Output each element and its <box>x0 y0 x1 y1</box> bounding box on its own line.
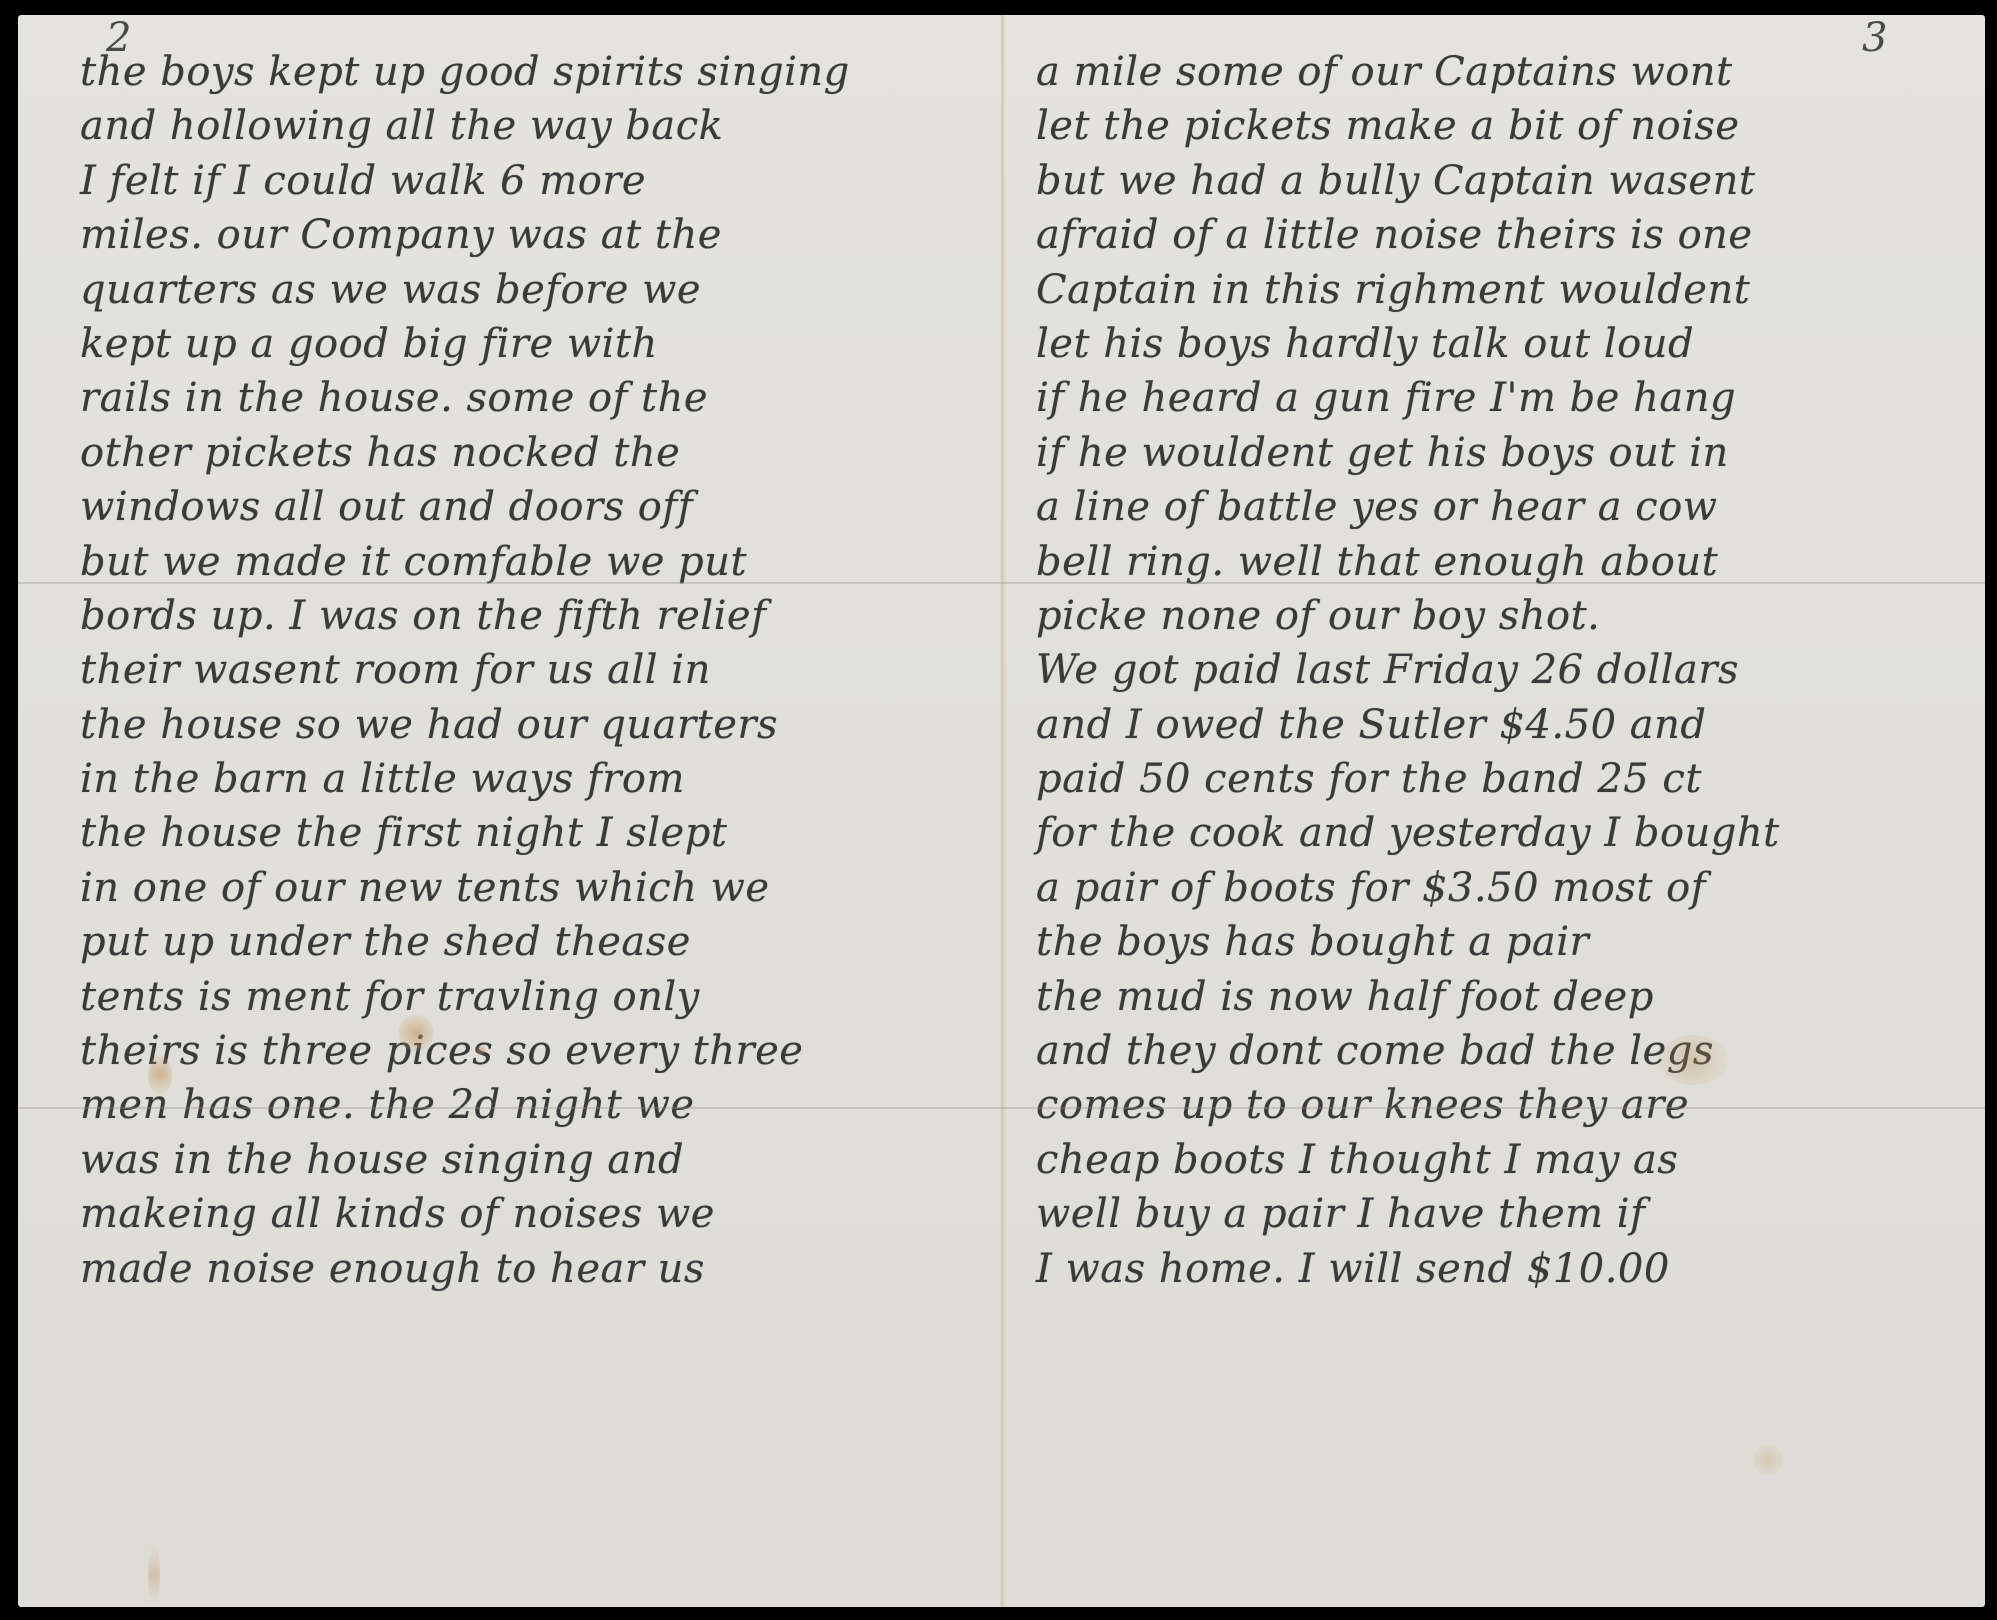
text-line: men has one. the 2d night we <box>80 1078 982 1132</box>
text-line: quarters as we was before we <box>80 263 982 317</box>
text-line: bell ring. well that enough about <box>1036 535 1965 589</box>
text-line: and hollowing all the way back <box>80 99 982 153</box>
text-line: let his boys hardly talk out loud <box>1036 317 1965 371</box>
text-line: the boys kept up good spirits singing <box>80 45 982 99</box>
stain <box>398 1015 434 1051</box>
text-line: let the pickets make a bit of noise <box>1036 99 1965 153</box>
text-line: but we had a bully Captain wasent <box>1036 154 1965 208</box>
left-page: 2 the boys kept up good spirits singing … <box>18 15 1002 1607</box>
text-line: picke none of our boy shot. <box>1036 589 1965 643</box>
text-line: a mile some of our Captains wont <box>1036 45 1965 99</box>
stain <box>1658 1035 1728 1085</box>
text-line: if he heard a gun fire I'm be hang <box>1036 371 1965 425</box>
text-line: the house the first night I slept <box>80 806 982 860</box>
text-line: was in the house singing and <box>80 1133 982 1187</box>
letter-sheet: 2 the boys kept up good spirits singing … <box>18 15 1985 1607</box>
center-fold <box>1000 15 1006 1607</box>
text-line: tents is ment for travling only <box>80 970 982 1024</box>
right-page: 3 a mile some of our Captains wont let t… <box>1002 15 1985 1607</box>
text-line: paid 50 cents for the band 25 ct <box>1036 752 1965 806</box>
text-line: a pair of boots for $3.50 most of <box>1036 861 1965 915</box>
text-line: comes up to our knees they are <box>1036 1078 1965 1132</box>
text-line: and I owed the Sutler $4.50 and <box>1036 698 1965 752</box>
horizontal-fold <box>18 582 1985 584</box>
text-line: made noise enough to hear us <box>80 1242 982 1296</box>
stain <box>148 1545 160 1605</box>
text-line: miles. our Company was at the <box>80 208 982 262</box>
text-line: for the cook and yesterday I bought <box>1036 806 1965 860</box>
text-line: cheap boots I thought I may as <box>1036 1133 1965 1187</box>
text-line: well buy a pair I have them if <box>1036 1187 1965 1241</box>
text-line: kept up a good big fire with <box>80 317 982 371</box>
text-line: their wasent room for us all in <box>80 643 982 697</box>
stain <box>1753 1445 1783 1475</box>
text-line: theirs is three pices so every three <box>80 1024 982 1078</box>
stain <box>148 1055 172 1095</box>
text-line: other pickets has nocked the <box>80 426 982 480</box>
text-line: if he wouldent get his boys out in <box>1036 426 1965 480</box>
text-line: bords up. I was on the fifth relief <box>80 589 982 643</box>
text-line: in the barn a little ways from <box>80 752 982 806</box>
horizontal-fold <box>18 1107 1985 1109</box>
text-line: afraid of a little noise theirs is one <box>1036 208 1965 262</box>
text-line: but we made it comfable we put <box>80 535 982 589</box>
text-line: put up under the shed thease <box>80 915 982 969</box>
text-line: the boys has bought a pair <box>1036 915 1965 969</box>
text-line: I was home. I will send $10.00 <box>1036 1242 1965 1296</box>
text-line: Captain in this righment wouldent <box>1036 263 1965 317</box>
text-line: the house so we had our quarters <box>80 698 982 752</box>
text-line: I felt if I could walk 6 more <box>80 154 982 208</box>
text-line: makeing all kinds of noises we <box>80 1187 982 1241</box>
stain <box>476 1045 486 1055</box>
text-line: We got paid last Friday 26 dollars <box>1036 643 1965 697</box>
text-line: in one of our new tents which we <box>80 861 982 915</box>
text-line: the mud is now half foot deep <box>1036 970 1965 1024</box>
text-line: rails in the house. some of the <box>80 371 982 425</box>
text-line: windows all out and doors off <box>80 480 982 534</box>
text-line: and they dont come bad the legs <box>1036 1024 1965 1078</box>
text-line: a line of battle yes or hear a cow <box>1036 480 1965 534</box>
